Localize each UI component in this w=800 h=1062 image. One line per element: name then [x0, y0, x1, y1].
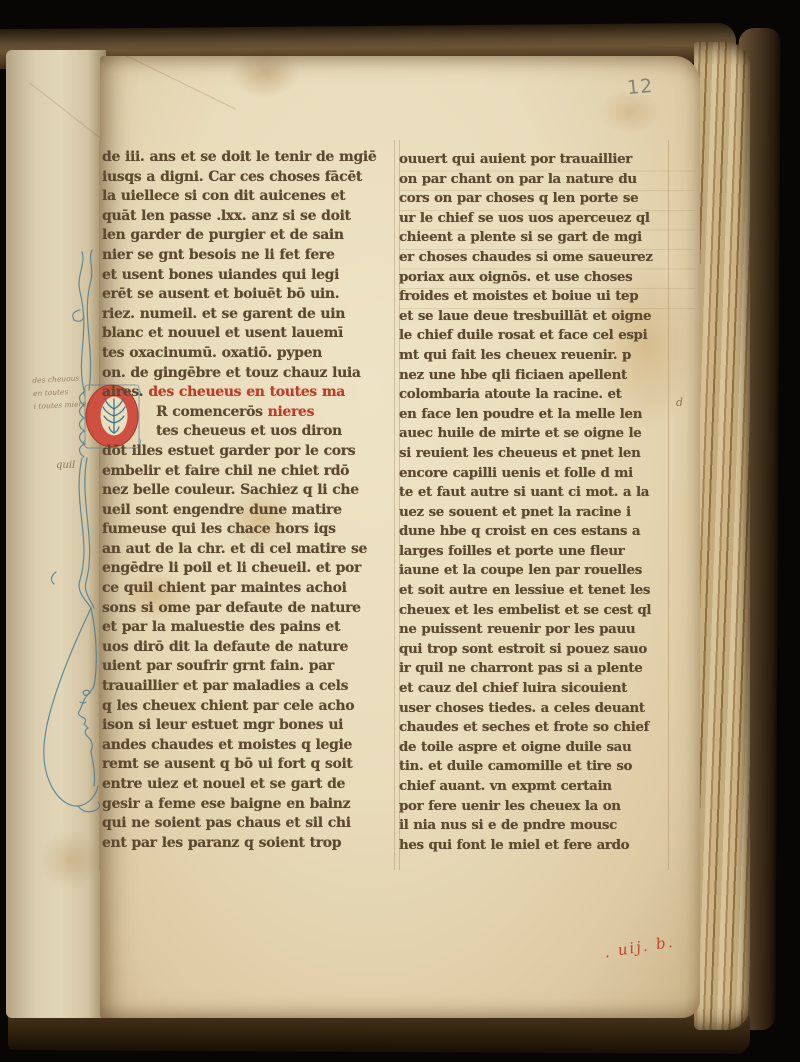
body-text: et cauz del chief luira sicouient	[399, 680, 627, 696]
text-line: larges foilles et porte une fleur	[399, 542, 671, 562]
text-line: ent par les paranz q soient trop	[102, 834, 394, 854]
text-line: qui ne soient pas chaus et sil chi	[102, 814, 394, 834]
body-text: ison si leur estuet mgr bones ui	[102, 717, 343, 733]
text-line: cors on par choses q len porte se	[399, 189, 671, 209]
text-line: entre uiez et nouel et se gart de	[102, 775, 394, 795]
text-line: qui trop sont estroit si pouez sauo	[399, 640, 671, 660]
body-text: ur le chief se uos uos aperceuez ql	[399, 210, 650, 226]
text-line: chaudes et seches et frote so chief	[399, 718, 671, 738]
body-text: dōt illes estuet garder por le cors	[102, 443, 355, 459]
text-line: dōt illes estuet garder por le cors	[102, 442, 394, 462]
text-line: cheuex et les embelist et se cest ql	[399, 601, 671, 621]
text-line: chief auant. vn expmt certain	[399, 777, 671, 797]
text-line: R comencerōs nieres	[102, 403, 394, 423]
text-line: ce quil chient par maintes achoi	[102, 579, 394, 599]
body-text: on. de gingēbre et touz chauz luia	[102, 365, 361, 381]
body-text: et se laue deue tresbuillāt et oigne	[399, 308, 651, 324]
body-text: ueil sont engendre dune matire	[102, 502, 342, 518]
text-line: aires. des cheueus en toutes ma	[102, 383, 394, 403]
text-line: engēdre li poil et li cheueil. et por	[102, 559, 394, 579]
text-line: len garder de purgier et de sain	[102, 226, 394, 246]
text-line: et par la maluestie des pains et	[102, 618, 394, 638]
text-line: en face len poudre et la melle len	[399, 405, 671, 425]
text-line: embelir et faire chil ne chiet rdō	[102, 462, 394, 482]
text-line: et cauz del chief luira sicouient	[399, 679, 671, 699]
text-line: tes cheueus et uos diron	[102, 422, 394, 442]
text-line: erēt se ausent et boiuēt bō uin.	[102, 285, 394, 305]
body-text: si reuient les cheueus et pnet len	[399, 445, 640, 461]
text-line: de iii. ans et se doit le tenir de mgiē	[102, 148, 394, 168]
text-line: blanc et nouuel et usent lauemī	[102, 324, 394, 344]
text-line: et soit autre en lessiue et tenet les	[399, 581, 671, 601]
text-line: tes oxacinumū. oxatiō. pypen	[102, 344, 394, 364]
text-line: uient par soufrir grnt fain. par	[102, 657, 394, 677]
body-text: hes qui font le miel et fere ardo	[399, 837, 629, 853]
body-text: entre uiez et nouel et se gart de	[102, 776, 345, 792]
body-text: chieent a plente si se gart de mgi	[399, 229, 642, 245]
body-text: ne puissent reuenir por les pauu	[399, 621, 635, 637]
body-text: user choses tiedes. a celes deuant	[399, 700, 645, 716]
body-text: il nia nus si e de pndre mousc	[399, 817, 617, 833]
text-line: poriax aux oignōs. et use choses	[399, 268, 671, 288]
body-text: te et faut autre si uant ci mot. a la	[399, 484, 649, 500]
rubric-text: des cheueus en toutes ma	[148, 384, 345, 400]
body-text: encore capilli uenis et folle d mi	[399, 465, 633, 481]
text-line: chieent a plente si se gart de mgi	[399, 228, 671, 248]
body-text: cors on par choses q len porte se	[399, 190, 638, 206]
body-text: chaudes et seches et frote so chief	[399, 719, 649, 735]
text-line: por fere uenir les cheuex la on	[399, 797, 671, 817]
text-line: riez. numeil. et se garent de uin	[102, 305, 394, 325]
text-line: nez belle couleur. Sachiez q li che	[102, 481, 394, 501]
body-text: de iii. ans et se doit le tenir de mgiē	[102, 149, 376, 165]
text-line: encore capilli uenis et folle d mi	[399, 464, 671, 484]
body-text: et usent bones uiandes qui legi	[102, 267, 339, 283]
body-text: ent par les paranz q soient trop	[102, 835, 341, 851]
text-line: ouuert qui auient por trauaillier	[399, 150, 671, 170]
body-text: on par chant on par la nature du	[399, 171, 637, 187]
body-text: chief auant. vn expmt certain	[399, 778, 612, 794]
text-line: quāt len passe .lxx. anz si se doit	[102, 207, 394, 227]
body-text: la uiellece si con dit auicenes et	[102, 188, 345, 204]
body-text: ouuert qui auient por trauaillier	[399, 151, 632, 167]
text-column-right: ouuert qui auient por trauaillieron par …	[399, 150, 671, 855]
text-line: er choses chaudes si ome saueurez	[399, 248, 671, 268]
body-text: ir quil ne charront pas si a plente	[399, 660, 642, 676]
text-line: remt se ausent q bō ui fort q soit	[102, 755, 394, 775]
body-text: en face len poudre et la melle len	[399, 406, 642, 422]
body-text: nez belle couleur. Sachiez q li che	[102, 482, 359, 498]
text-line: dune hbe q croist en ces estans a	[399, 522, 671, 542]
body-text: R comencerōs	[156, 404, 268, 420]
rubric-text: nieres	[268, 404, 314, 420]
body-text: er choses chaudes si ome saueurez	[399, 249, 653, 265]
manuscript-photo: de iii. ans et se doit le tenir de mgiēi…	[0, 0, 800, 1062]
body-text: quāt len passe .lxx. anz si se doit	[102, 208, 351, 224]
body-text: iaune et la coupe len par rouelles	[399, 562, 642, 578]
text-line: la uiellece si con dit auicenes et	[102, 187, 394, 207]
text-line: mt qui fait les cheuex reuenir. p	[399, 346, 671, 366]
text-line: andes chaudes et moistes q legie	[102, 736, 394, 756]
body-text: uez se souent et pnet la racine i	[399, 504, 631, 520]
body-text: tes oxacinumū. oxatiō. pypen	[102, 345, 322, 361]
body-text: an aut de la chr. et di cel matire se	[102, 541, 367, 557]
body-text: tes cheueus et uos diron	[156, 423, 342, 439]
text-line: et usent bones uiandes qui legi	[102, 266, 394, 286]
body-text: blanc et nouuel et usent lauemī	[102, 325, 343, 341]
body-text: froides et moistes et boiue ui tep	[399, 288, 638, 304]
right-margin-mark: d	[676, 396, 683, 409]
body-text: trauaillier et par maladies a cels	[102, 678, 348, 694]
body-text: dune hbe q croist en ces estans a	[399, 523, 640, 539]
text-line: ueil sont engendre dune matire	[102, 501, 394, 521]
text-line: auec huile de mirte et se oigne le	[399, 424, 671, 444]
body-text: iusqs a digni. Car ces choses fācēt	[102, 169, 362, 185]
text-line: le chief duile rosat et face cel espi	[399, 326, 671, 346]
ruling-line	[394, 140, 395, 870]
text-line: gesir a feme ese baigne en bainz	[102, 795, 394, 815]
text-line: fumeuse qui les chace hors iqs	[102, 520, 394, 540]
text-line: trauaillier et par maladies a cels	[102, 677, 394, 697]
body-text: de toile aspre et oigne duile sau	[399, 739, 631, 755]
text-line: froides et moistes et boiue ui tep	[399, 287, 671, 307]
body-text: le chief duile rosat et face cel espi	[399, 327, 647, 343]
text-line: ur le chief se uos uos aperceuez ql	[399, 209, 671, 229]
text-line: ison si leur estuet mgr bones ui	[102, 716, 394, 736]
text-line: on par chant on par la nature du	[399, 170, 671, 190]
body-text: q les cheuex chient par cele acho	[102, 698, 354, 714]
text-line: et se laue deue tresbuillāt et oigne	[399, 307, 671, 327]
text-line: uez se souent et pnet la racine i	[399, 503, 671, 523]
body-text: len garder de purgier et de sain	[102, 227, 344, 243]
body-text: uos dirō dit la defaute de nature	[102, 639, 348, 655]
text-line: user choses tiedes. a celes deuant	[399, 699, 671, 719]
body-text: nier se gnt besois ne li fet fere	[102, 247, 335, 263]
body-text: sons si ome par defaute de nature	[102, 600, 361, 616]
body-text: auec huile de mirte et se oigne le	[399, 425, 641, 441]
page-stack-fore-edge	[694, 42, 750, 1030]
body-text: riez. numeil. et se garent de uin	[102, 306, 345, 322]
body-text: engēdre li poil et li cheueil. et por	[102, 560, 361, 576]
folio-number-pencil: 12	[626, 75, 654, 99]
body-text: qui ne soient pas chaus et sil chi	[102, 815, 351, 831]
text-line: on. de gingēbre et touz chauz luia	[102, 364, 394, 384]
marginal-word: quil	[56, 460, 75, 471]
text-line: si reuient les cheueus et pnet len	[399, 444, 671, 464]
body-text: tin. et duile camomille et tire so	[399, 758, 632, 774]
text-line: an aut de la chr. et di cel matire se	[102, 540, 394, 560]
body-text: andes chaudes et moistes q legie	[102, 737, 352, 753]
text-line: nier se gnt besois ne li fet fere	[102, 246, 394, 266]
text-line: colombaria atoute la racine. et	[399, 385, 671, 405]
body-text: uient par soufrir grnt fain. par	[102, 658, 334, 674]
body-text: por fere uenir les cheuex la on	[399, 798, 621, 814]
text-line: tin. et duile camomille et tire so	[399, 757, 671, 777]
text-line: q les cheuex chient par cele acho	[102, 697, 394, 717]
text-line: ne puissent reuenir por les pauu	[399, 620, 671, 640]
text-line: nez une hbe qli ficiaen apellent	[399, 366, 671, 386]
body-text: poriax aux oignōs. et use choses	[399, 269, 632, 285]
body-text: cheuex et les embelist et se cest ql	[399, 602, 651, 618]
body-text: embelir et faire chil ne chiet rdō	[102, 463, 349, 479]
body-text: gesir a feme ese baigne en bainz	[102, 796, 350, 812]
text-line: uos dirō dit la defaute de nature	[102, 638, 394, 658]
body-text: fumeuse qui les chace hors iqs	[102, 521, 336, 537]
body-text: colombaria atoute la racine. et	[399, 386, 622, 402]
body-text: remt se ausent q bō ui fort q soit	[102, 756, 353, 772]
text-line: iaune et la coupe len par rouelles	[399, 561, 671, 581]
body-text: et par la maluestie des pains et	[102, 619, 340, 635]
text-line: hes qui font le miel et fere ardo	[399, 836, 671, 856]
body-text: ce quil chient par maintes achoi	[102, 580, 347, 596]
body-text: et soit autre en lessiue et tenet les	[399, 582, 650, 598]
body-text: qui trop sont estroit si pouez sauo	[399, 641, 647, 657]
text-line: il nia nus si e de pndre mousc	[399, 816, 671, 836]
text-line: ir quil ne charront pas si a plente	[399, 659, 671, 679]
text-line: sons si ome par defaute de nature	[102, 599, 394, 619]
body-text: larges foilles et porte une fleur	[399, 543, 624, 559]
body-text: mt qui fait les cheuex reuenir. p	[399, 347, 631, 363]
text-line: iusqs a digni. Car ces choses fācēt	[102, 168, 394, 188]
marginal-note: des cheuous en toutes i toutes mieres	[32, 370, 110, 413]
text-line: de toile aspre et oigne duile sau	[399, 738, 671, 758]
text-column-left: de iii. ans et se doit le tenir de mgiēi…	[102, 148, 394, 853]
text-line: te et faut autre si uant ci mot. a la	[399, 483, 671, 503]
body-text: erēt se ausent et boiuēt bō uin.	[102, 286, 339, 302]
body-text: nez une hbe qli ficiaen apellent	[399, 367, 627, 383]
